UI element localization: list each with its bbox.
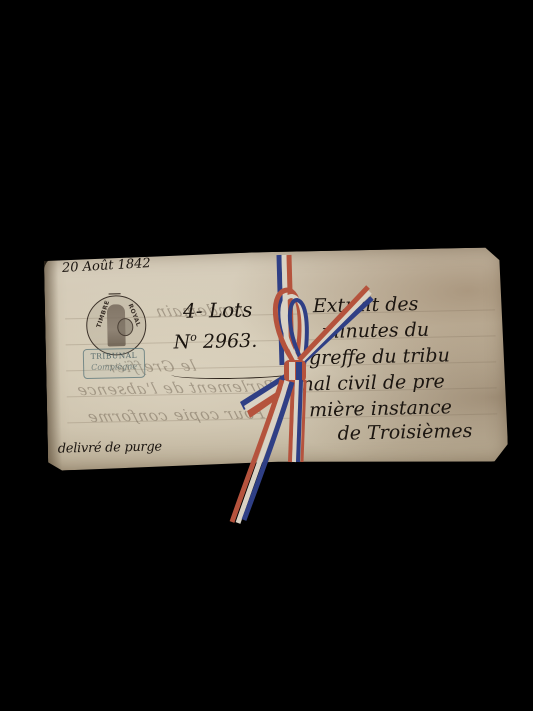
paper-edge-shadow — [44, 257, 62, 471]
text-line-2: minutes du — [321, 319, 429, 343]
date-underline — [109, 293, 121, 294]
number-sup: o — [190, 331, 197, 344]
lots-label: 4- Lots — [183, 297, 253, 322]
royal-stamp-seal: TIMBRE ROYAL — [86, 295, 147, 356]
number-value: 2963. — [203, 330, 258, 353]
text-line-4: nal civil de pre — [301, 370, 445, 395]
margin-note: delivré de purge — [58, 439, 162, 456]
stamp-title: TRIBUNAL — [84, 351, 144, 361]
document-date: 20 Août 1842 — [62, 256, 151, 276]
text-line-5: mière instance — [309, 396, 452, 421]
text-line-6: de Troisièmes — [337, 420, 472, 445]
text-line-3: greffe du tribu — [309, 344, 450, 369]
seal-shield-icon — [117, 318, 133, 336]
ink-flourish — [171, 366, 301, 380]
text-line-1: Extrait des — [313, 293, 419, 317]
black-background: lendemain Parlement de l'absence Pour co… — [0, 0, 533, 711]
number-prefix: N — [173, 331, 190, 353]
bleed-through-text: Pour copie conforme — [85, 404, 267, 426]
bleed-through-text: Parlement de l'absence — [74, 377, 278, 399]
tribunal-stamp: TRIBUNAL Compiègne — [83, 348, 146, 379]
document-bundle: lendemain Parlement de l'absence Pour co… — [44, 247, 508, 471]
stamp-subtitle: Compiègne — [84, 362, 144, 372]
document-number: No 2963. — [173, 329, 257, 353]
